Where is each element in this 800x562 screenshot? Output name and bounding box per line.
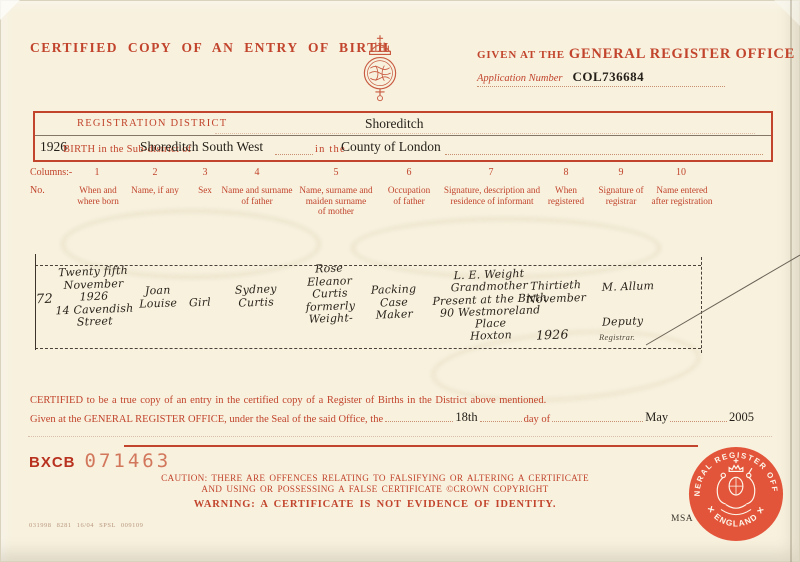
column-number-1: 1 <box>86 167 108 178</box>
column-number-8: 8 <box>555 167 577 178</box>
no-column-label: No. <box>30 185 45 196</box>
entry-father-name: Sydney Curtis <box>223 283 290 310</box>
entry-father-occupation: Packing Case Maker <box>364 283 423 323</box>
entry-when-registered: Thirtieth November <box>520 279 593 306</box>
given-at-label: GIVEN AT THE <box>477 49 565 61</box>
serial-number: 071463 <box>85 452 172 471</box>
subdistrict-value: Shoreditch South West <box>140 139 263 155</box>
seal-month-value: May <box>645 410 668 425</box>
column-number-3: 3 <box>194 167 216 178</box>
column-number-9: 9 <box>610 167 632 178</box>
general-register-office-seal-icon: GENERAL REGISTER OFFICE ✕ ENGLAND ✕ <box>687 445 785 543</box>
entry-registrar-title: Deputy <box>602 315 644 329</box>
registration-district-label: REGISTRATION DISTRICT <box>77 118 227 129</box>
column-number-10: 10 <box>670 167 692 178</box>
seal-day-value: 18th <box>455 410 477 425</box>
dotted-leader <box>480 421 522 422</box>
caution-line-2: AND USING OR POSSESSING A FALSE CERTIFIC… <box>140 484 610 495</box>
column-number-2: 2 <box>144 167 166 178</box>
column-number-6: 6 <box>398 167 420 178</box>
column-header-name: Name, if any <box>113 185 197 196</box>
column-number-5: 5 <box>325 167 347 178</box>
red-divider-rule <box>124 445 698 447</box>
application-number-value: COL736684 <box>572 69 644 85</box>
caution-block: CAUTION: THERE ARE OFFENCES RELATING TO … <box>140 473 610 510</box>
registrar-printed-label: Registrar. <box>599 331 635 344</box>
certificate-serial: BXCB 071463 <box>29 452 171 471</box>
royal-crest-icon <box>355 34 405 104</box>
application-number-line <box>477 86 725 87</box>
column-number-7: 7 <box>480 167 502 178</box>
entry-registrar-signature: M. Allum <box>586 280 670 295</box>
scan-corner-top-right <box>774 0 800 26</box>
entry-when-registered-year: 1926 <box>536 328 569 342</box>
caution-line-1: CAUTION: THERE ARE OFFENCES RELATING TO … <box>140 473 610 484</box>
certificate-title: CERTIFIED COPY OF AN ENTRY OF BIRTH <box>30 40 390 56</box>
given-at-gro-line: Given at the GENERAL REGISTER OFFICE, un… <box>30 410 768 425</box>
warning-line: WARNING: A CERTIFICATE IS NOT EVIDENCE O… <box>140 499 610 510</box>
columns-label: Columns:- <box>30 167 72 178</box>
scan-page-edge <box>790 0 792 562</box>
certified-copy-statement: CERTIFIED to be a true copy of an entry … <box>30 395 546 406</box>
office-name: GENERAL REGISTER OFFICE <box>569 46 795 62</box>
given-at-gro-prefix: Given at the GENERAL REGISTER OFFICE, un… <box>30 414 383 425</box>
county-fill-line <box>445 154 763 155</box>
birth-certificate-page: CERTIFIED COPY OF AN ENTRY OF BIRTH GIVE… <box>0 0 800 562</box>
registration-district-box: REGISTRATION DISTRICT Shoreditch 1926 BI… <box>33 111 773 162</box>
entry-box-right-border <box>701 257 702 353</box>
entry-sex: Girl <box>179 296 221 310</box>
registration-district-value: Shoreditch <box>365 116 424 132</box>
column-header-mother: Name, surname and maiden surname of moth… <box>288 185 384 217</box>
column-header-name-after: Name entered after registration <box>642 185 722 206</box>
print-reference-code: 031998 8281 16/04 SPSL 009109 <box>29 522 143 529</box>
day-of-label: day of <box>524 414 551 425</box>
registration-box-divider <box>35 135 771 136</box>
perforation-dotted-line <box>28 436 772 437</box>
application-number-row: Application Number COL736684 <box>477 69 644 85</box>
entry-mother-name: Rose Eleanor Curtis formerly Weight- <box>290 262 370 327</box>
county-value: County of London <box>341 139 441 155</box>
dotted-leader <box>670 421 727 422</box>
given-at-office-heading: GIVEN AT THE GENERAL REGISTER OFFICE <box>477 45 795 63</box>
subdistrict-fill-line <box>275 154 313 155</box>
seal-year-value: 2005 <box>729 410 754 425</box>
dotted-leader <box>552 421 643 422</box>
dotted-leader <box>385 421 453 422</box>
column-header-when-registered: When registered <box>537 185 595 206</box>
application-number-label: Application Number <box>477 73 562 84</box>
column-number-4: 4 <box>246 167 268 178</box>
district-fill-line <box>215 133 755 134</box>
serial-prefix: BXCB <box>29 454 76 471</box>
entry-box-bottom-border <box>35 348 701 349</box>
scan-corner-top-left <box>0 0 20 20</box>
